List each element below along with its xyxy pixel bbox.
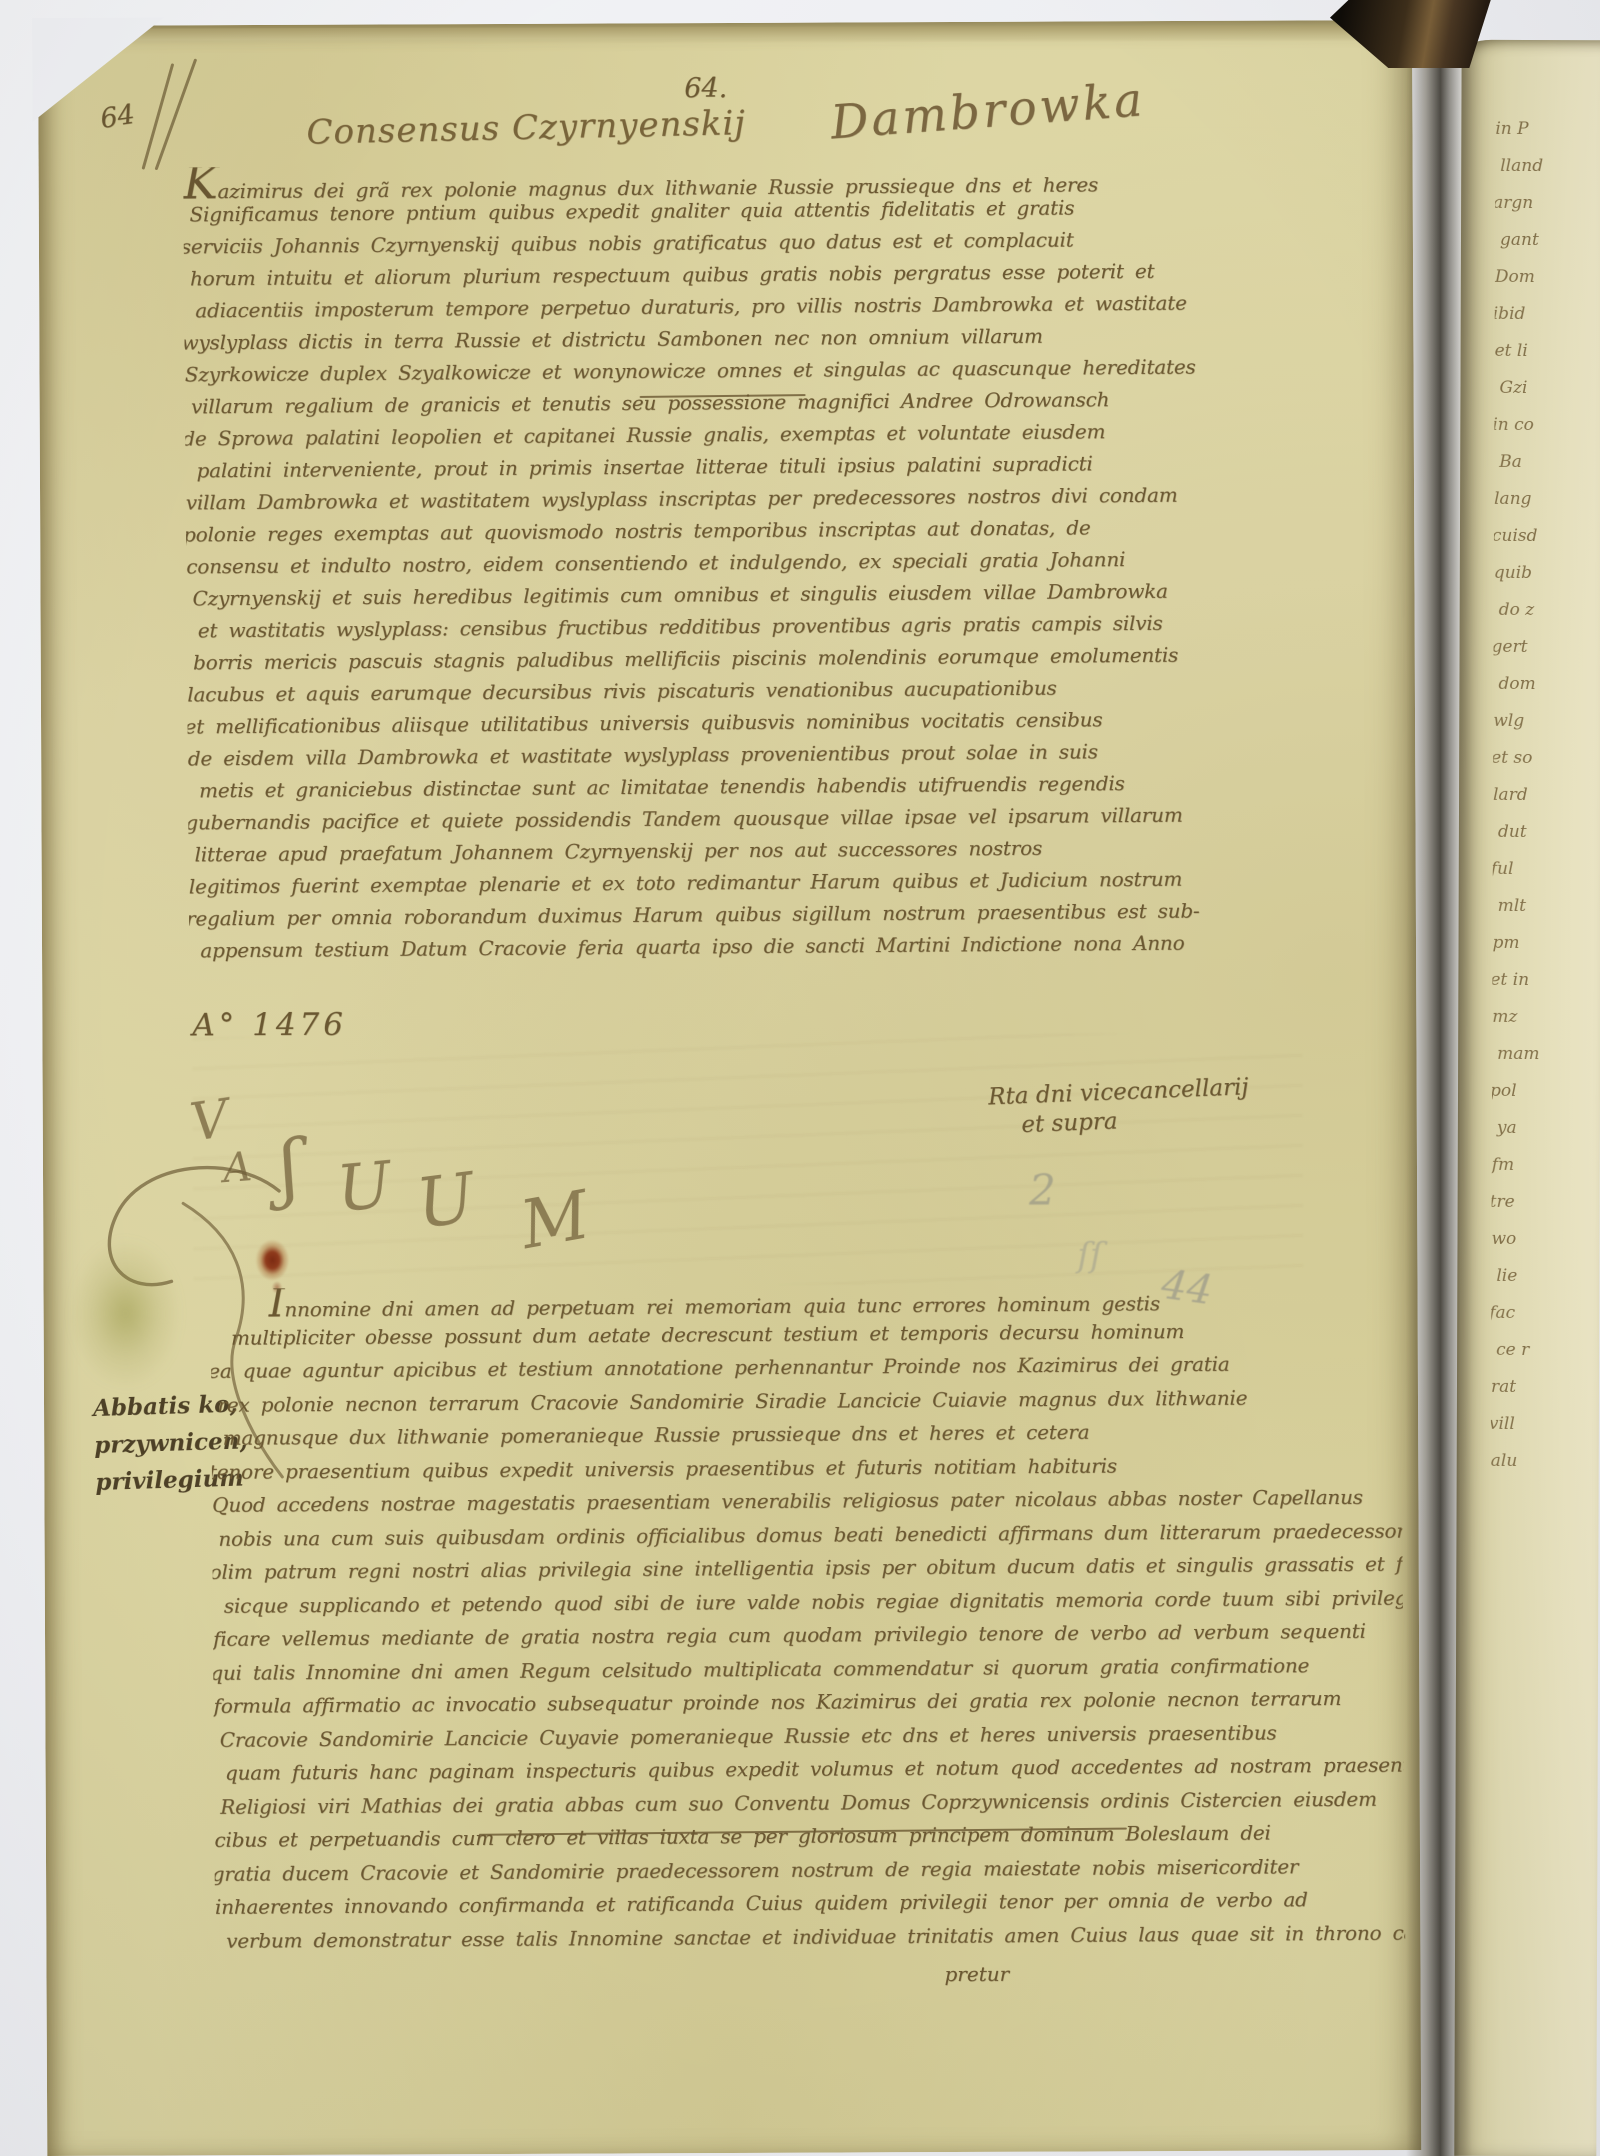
next-page-text-fragments: in PllandargngantDomibidet liGziin coBal…: [1491, 112, 1600, 1481]
pen-trial-letter: U: [412, 1159, 479, 1245]
text-fragment: pol: [1491, 1074, 1598, 1111]
text-fragment: fm: [1492, 1148, 1598, 1185]
text-fragment: lard: [1493, 778, 1599, 815]
text-fragment: Gzi: [1499, 371, 1600, 408]
text-fragment: pm: [1492, 926, 1598, 963]
text-fragment: in P: [1495, 112, 1600, 149]
text-fragment: et so: [1491, 741, 1599, 778]
manuscript-photo: 64 64. Consensus Czyrnyenskij Dambrowka …: [0, 0, 1600, 2156]
catchword: pretur: [944, 1962, 1009, 1986]
text-fragment: do z: [1499, 593, 1600, 630]
text-fragment: wlg: [1493, 704, 1599, 741]
text-fragment: mlt: [1498, 889, 1599, 926]
text-fragment: dut: [1498, 815, 1599, 852]
text-fragment: et in: [1491, 963, 1599, 1000]
entry-2-text: Innomine dni amen ad perpetuam rei memor…: [211, 1281, 1406, 1959]
pencil-mark: 2: [1029, 1166, 1056, 1215]
entry-1-text: Kazimirus dei grã rex polonie magnus dux…: [183, 158, 1369, 999]
text-fragment: vill: [1491, 1407, 1597, 1444]
text-fragment: Dom: [1495, 260, 1600, 297]
text-line: verbum demonstratur esse talis Innomine …: [226, 1917, 1405, 1959]
pen-trial-letter: M: [515, 1176, 595, 1264]
pencil-mark: ſſ: [1077, 1235, 1102, 1275]
text-fragment: in co: [1492, 408, 1600, 445]
text-fragment: lang: [1494, 482, 1600, 519]
folio-number-top: 64.: [684, 73, 727, 104]
ink-blot: [255, 1229, 289, 1281]
text-fragment: quib: [1494, 556, 1600, 593]
page-heading-dambrowka: Dambrowka: [829, 72, 1147, 150]
text-fragment: lie: [1496, 1259, 1597, 1296]
text-fragment: alu: [1491, 1444, 1597, 1481]
gutter-shadow: [1406, 0, 1472, 2156]
text-fragment: fac: [1491, 1296, 1598, 1333]
text-fragment: gert: [1492, 630, 1600, 667]
text-fragment: ibid: [1493, 297, 1600, 334]
next-page: in PllandargngantDomibidet liGziin coBal…: [1454, 40, 1600, 2156]
text-fragment: rat: [1491, 1370, 1597, 1407]
text-fragment: wo: [1491, 1222, 1597, 1259]
text-fragment: ya: [1497, 1111, 1598, 1148]
text-fragment: dom: [1498, 667, 1599, 704]
text-fragment: et li: [1495, 334, 1600, 371]
folio-number-corner: 64: [98, 99, 136, 135]
text-fragment: mz: [1492, 1000, 1598, 1037]
text-fragment: ful: [1491, 852, 1599, 889]
page-top-edge: [52, 25, 1400, 45]
text-fragment: ce r: [1496, 1333, 1597, 1370]
page-heading-consensus: Consensus Czyrnyenskij: [306, 103, 746, 153]
stain: [69, 1237, 182, 1389]
text-fragment: mam: [1497, 1037, 1598, 1074]
pen-stroke: [142, 63, 175, 170]
text-fragment: argn: [1493, 186, 1600, 223]
text-fragment: Ba: [1499, 445, 1600, 482]
text-fragment: lland: [1500, 149, 1600, 186]
text-fragment: cuisd: [1492, 519, 1600, 556]
text-fragment: gant: [1500, 223, 1600, 260]
text-fragment: tre: [1491, 1185, 1598, 1222]
manuscript-page: 64 64. Consensus Czyrnyenskij Dambrowka …: [38, 20, 1421, 2156]
pen-stroke: [155, 58, 198, 170]
